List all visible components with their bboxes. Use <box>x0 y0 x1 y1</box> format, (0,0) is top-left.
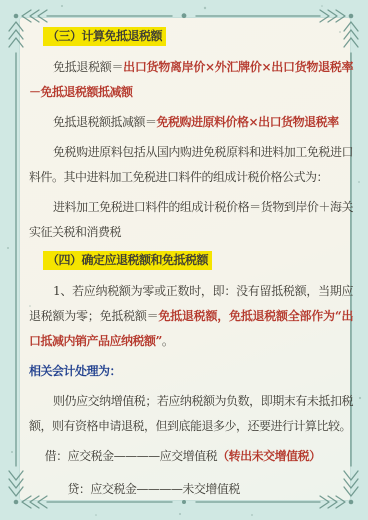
formula-red-text: 免税购进原料价格×出口货物退税率 <box>157 115 339 129</box>
accounting-note-heading: 相关会计处理为： <box>29 359 353 384</box>
highlighted-heading-text: （四）确定应退税额和免抵税额 <box>43 251 212 270</box>
journal-red-note: （转出未交增值税） <box>217 449 321 463</box>
section-heading-4: （四）确定应退税额和免抵税额 <box>43 250 353 270</box>
section-heading-3: （三）计算免抵退税额 <box>43 26 353 46</box>
paragraph-raw-materials: 免税购进原料包括从国内购进免税原料和进料加工免税进口料件。其中进料加工免税进口料… <box>29 140 353 190</box>
highlighted-heading-text: （三）计算免抵退税额 <box>43 27 166 46</box>
paragraph-case-1: 1、若应纳税额为零或正数时，即：没有留抵税额，当期应退税额为零；免抵税额＝免抵退… <box>29 279 353 354</box>
page: { "colors": { "background_mint": "#d0e8e… <box>0 0 368 520</box>
formula-exempt-credit-refund: 免抵退税额＝出口货物离岸价×外汇牌价×出口货物退税率－免抵退税额抵减额 <box>29 55 353 105</box>
text-run: 进料加工免税进口料件的组成计税价格＝货物到岸价＋海关实征关税和消费税 <box>29 200 353 239</box>
text-run: 。 <box>162 334 174 348</box>
text-run: 相关会计处理为： <box>29 364 121 378</box>
text-run: 免税购进原料包括从国内购进免税原料和进料加工免税进口料件。其中进料加工免税进口料… <box>29 145 353 184</box>
text-run: 借：应交税金————应交增值税 <box>45 449 218 463</box>
text-run: 贷：应交税金————未交增值税 <box>67 482 240 496</box>
journal-entry-credit: 贷：应交税金————未交增值税 <box>29 477 353 502</box>
document-content: （三）计算免抵退税额 免抵退税额＝出口货物离岸价×外汇牌价×出口货物退税率－免抵… <box>29 22 353 502</box>
text-run: 免抵退税额抵减额＝ <box>53 115 157 129</box>
text-run: 则仍应交纳增值税；若应纳税额为负数，即期末有未抵扣税额，则有资格申请退税，但到底… <box>29 394 353 433</box>
journal-entry-debit: 借：应交税金————应交增值税（转出未交增值税） <box>29 444 353 469</box>
paragraph-negative-tax: 则仍应交纳增值税；若应纳税额为负数，即期末有未抵扣税额，则有资格申请退税，但到底… <box>29 389 353 439</box>
paragraph-taxable-price-formula: 进料加工免税进口料件的组成计税价格＝货物到岸价＋海关实征关税和消费税 <box>29 195 353 245</box>
formula-deduction-amount: 免抵退税额抵减额＝免税购进原料价格×出口货物退税率 <box>29 110 353 135</box>
text-run: 免抵退税额＝ <box>53 60 123 74</box>
